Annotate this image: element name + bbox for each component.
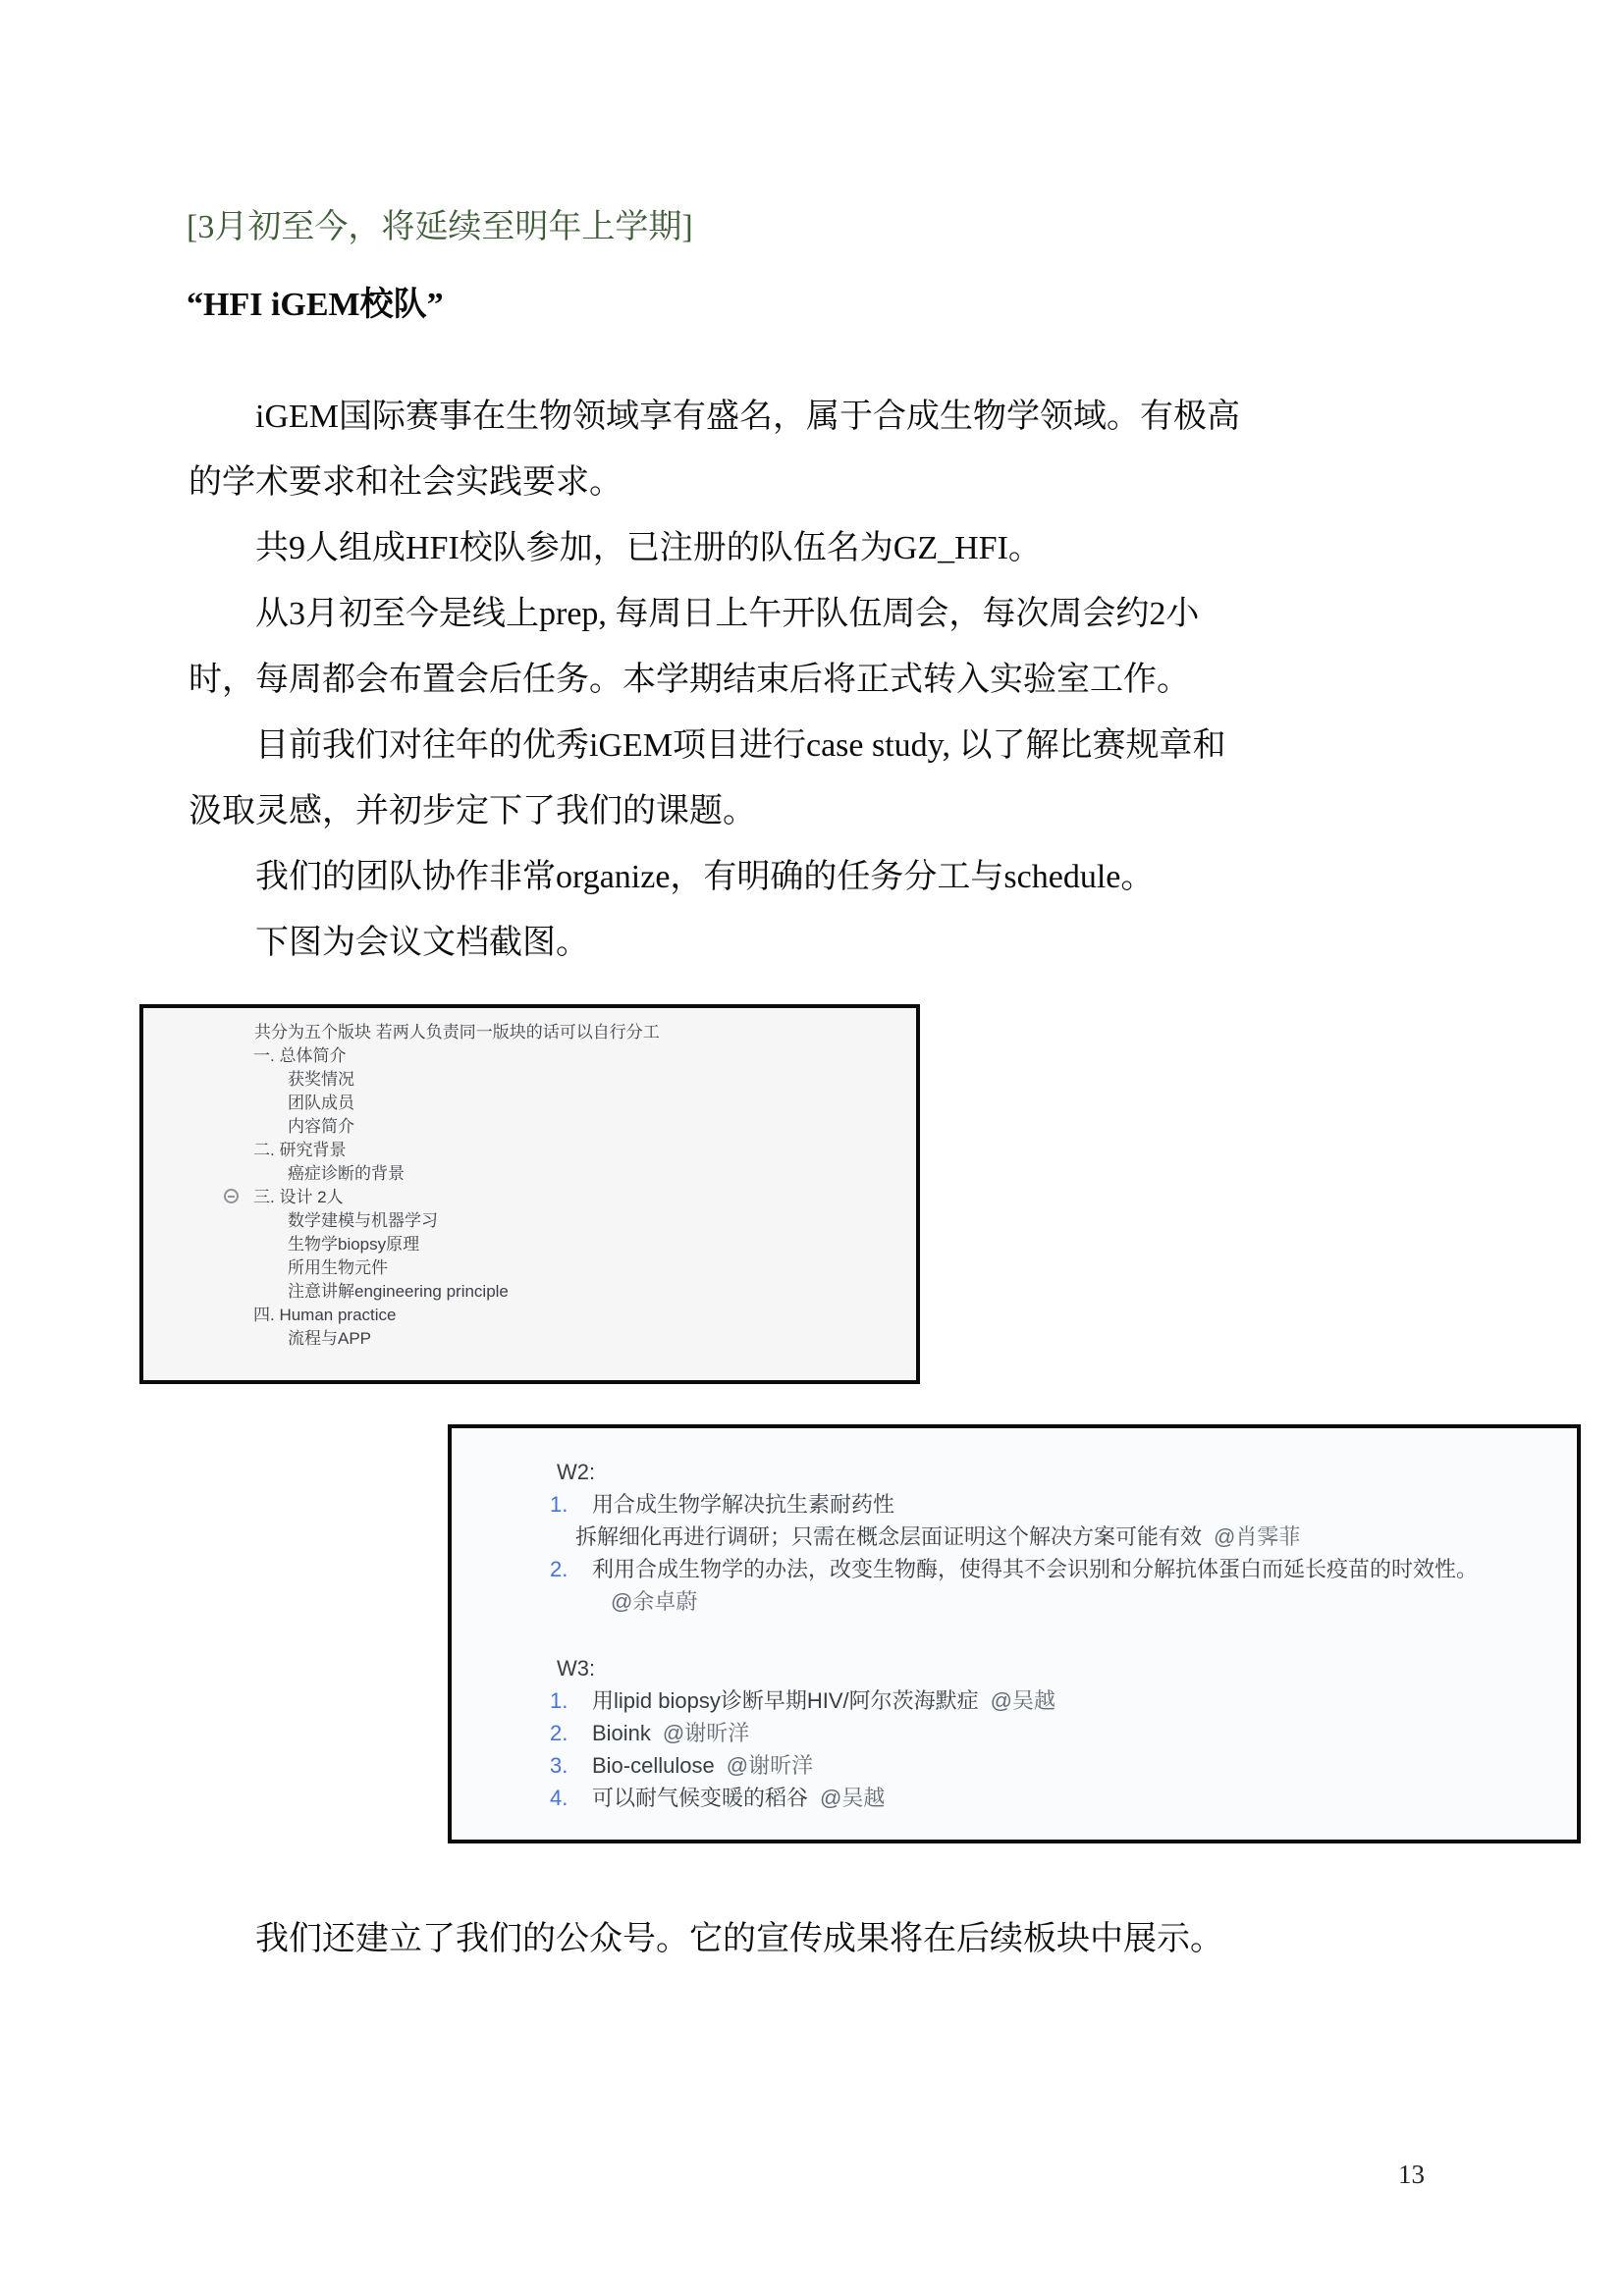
- mention: @吴越: [820, 1782, 885, 1814]
- mention: @谢昕洋: [663, 1717, 749, 1749]
- topic-text: 用合成生物学解决抗生素耐药性: [592, 1488, 894, 1521]
- outline-item: 获奖情况: [253, 1068, 916, 1092]
- outline-section-1: 一. 总体简介: [253, 1044, 916, 1068]
- paragraph-collaboration: 我们的团队协作非常organize，有明确的任务分工与schedule。: [189, 844, 1437, 910]
- week2-label: W2:: [550, 1456, 1577, 1488]
- outline-item: 所用生物元件: [253, 1256, 916, 1280]
- week3-item-4: 4.可以耐气候变暖的稻谷@吴越: [550, 1782, 1577, 1814]
- outline-item: 团队成员: [253, 1092, 916, 1115]
- paragraph-weekly-meetings: 从3月初至今是线上prep, 每周日上午开队伍周会，每次周会约2小 时，每周都会…: [189, 581, 1437, 713]
- week3-label: W3:: [550, 1652, 1577, 1684]
- body-text: iGEM国际赛事在生物领域享有盛名，属于合成生物学领域。有极高 的学术要求和社会…: [189, 384, 1437, 976]
- weekly-topics-screenshot: W2: 1.用合成生物学解决抗生素耐药性 拆解细化再进行调研；只需在概念层面证明…: [448, 1424, 1581, 1843]
- outline-item: 内容简介: [253, 1115, 916, 1139]
- outline-item: 流程与APP: [253, 1327, 916, 1351]
- topic-text: 用lipid biopsy诊断早期HIV/阿尔茨海默症: [592, 1684, 979, 1717]
- outline-section-4: 四. Human practice: [253, 1304, 916, 1327]
- paragraph-screenshot-caption: 下图为会议文档截图。: [189, 910, 1437, 976]
- outline-item: 注意讲解engineering principle: [253, 1280, 916, 1304]
- paragraph-official-account: 我们还建立了我们的公众号。它的宣传成果将在后续板块中展示。: [189, 1906, 1437, 1972]
- section-duration-heading: [3月初至今，将延续至明年上学期]: [187, 206, 693, 249]
- topic-text: 可以耐气候变暖的稻谷: [592, 1782, 808, 1814]
- topic-text: 利用合成生物学的办法，改变生物酶，使得其不会识别和分解抗体蛋白而延长疫苗的时效性…: [592, 1553, 1478, 1585]
- week3-item-1: 1.用lipid biopsy诊断早期HIV/阿尔茨海默症@吴越: [550, 1684, 1577, 1717]
- list-number: 2.: [550, 1717, 592, 1749]
- week2-item-2-mention: @余卓蔚: [550, 1585, 1577, 1618]
- outline-section-3-label: 三. 设计 2人: [253, 1188, 344, 1206]
- week2-item-2: 2.利用合成生物学的办法，改变生物酶，使得其不会识别和分解抗体蛋白而延长疫苗的时…: [550, 1553, 1577, 1585]
- outline-item: 生物学biopsy原理: [253, 1233, 916, 1256]
- mention: @吴越: [991, 1684, 1055, 1717]
- collapse-minus-icon: [224, 1189, 239, 1203]
- week2-item-1: 1.用合成生物学解决抗生素耐药性: [550, 1488, 1577, 1521]
- list-number: 3.: [550, 1749, 592, 1782]
- list-number: 1.: [550, 1488, 592, 1521]
- week3-item-2: 2.Bioink@谢昕洋: [550, 1717, 1577, 1749]
- document-page: [3月初至今，将延续至明年上学期] “HFI iGEM校队” iGEM国际赛事在…: [0, 0, 1623, 2296]
- topic-text: Bioink: [592, 1717, 651, 1749]
- meeting-outline-screenshot: 共分为五个版块 若两人负责同一版块的话可以自行分工 一. 总体简介 获奖情况 团…: [139, 1004, 920, 1384]
- outline-item: 癌症诊断的背景: [253, 1162, 916, 1186]
- week3-item-3: 3.Bio-cellulose@谢昕洋: [550, 1749, 1577, 1782]
- week2-item-1-note: 拆解细化再进行调研；只需在概念层面证明这个解决方案可能有效@肖霁菲: [550, 1521, 1577, 1553]
- outline-intro-line: 共分为五个版块 若两人负责同一版块的话可以自行分工: [253, 1021, 916, 1044]
- section-title: “HFI iGEM校队”: [187, 284, 444, 327]
- list-number: 2.: [550, 1553, 592, 1585]
- list-number: 4.: [550, 1782, 592, 1814]
- paragraph-igem-intro: iGEM国际赛事在生物领域享有盛名，属于合成生物学领域。有极高 的学术要求和社会…: [189, 384, 1437, 515]
- mention: @肖霁菲: [1214, 1524, 1300, 1549]
- topic-text: Bio-cellulose: [592, 1749, 715, 1782]
- mention: @谢昕洋: [727, 1749, 813, 1782]
- outline-section-3: 三. 设计 2人: [253, 1186, 916, 1209]
- list-number: 1.: [550, 1684, 592, 1717]
- paragraph-case-study: 目前我们对往年的优秀iGEM项目进行case study, 以了解比赛规章和 汲…: [189, 713, 1437, 844]
- topic-note: 拆解细化再进行调研；只需在概念层面证明这个解决方案可能有效: [575, 1524, 1202, 1549]
- paragraph-team-registration: 共9人组成HFI校队参加，已注册的队伍名为GZ_HFI。: [189, 515, 1437, 581]
- outline-item: 数学建模与机器学习: [253, 1209, 916, 1233]
- outline-section-2: 二. 研究背景: [253, 1139, 916, 1162]
- page-number: 13: [1398, 2160, 1425, 2190]
- mention: @余卓蔚: [611, 1589, 697, 1614]
